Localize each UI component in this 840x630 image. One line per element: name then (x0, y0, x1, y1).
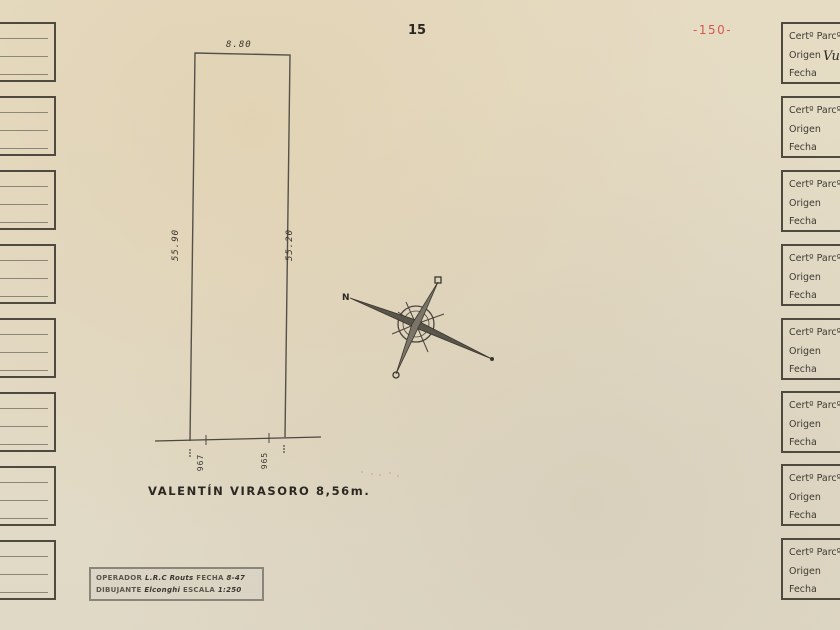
origen-row: Origen (789, 195, 840, 214)
cert-form-box: Certº Parcº Origen Fecha (781, 318, 840, 380)
fecha-value: 8-47 (227, 574, 246, 582)
compass-north-label: N (342, 293, 350, 303)
door-number-right: 965 (260, 452, 269, 469)
street-label: VALENTÍN VIRASORO 8,56m. (148, 484, 370, 498)
cert-form-box: Certº Parcº Origen Fecha (781, 244, 840, 306)
cert-form-box: Certº Parcº Origen Fecha (781, 464, 840, 526)
origen-row: Origen (789, 563, 840, 582)
top-width-dimension: 8.80 (226, 40, 252, 50)
cert-row: Certº Parcº (789, 544, 840, 563)
cert-row: Certº Parcº (789, 28, 840, 47)
cert-form-box: Certº Parcº Origen Fecha (781, 96, 840, 158)
cert-row: Certº Parcº (789, 176, 840, 195)
cert-form-box: Certº Parcº Origen Fecha (781, 538, 840, 600)
handwritten-signature: Vur (823, 48, 840, 66)
stamp-row-drafter: DIBUJANTE Elconghi ESCALA 1:250 (96, 584, 258, 596)
dibujante-label: DIBUJANTE (96, 586, 142, 594)
fecha-row: Fecha (789, 434, 840, 453)
origen-row: Origen (789, 489, 840, 508)
fecha-row: Fecha (789, 139, 840, 158)
dibujante-value: Elconghi (144, 586, 180, 594)
fecha-row: Fecha (789, 287, 840, 306)
cert-row: Certº Parcº (789, 250, 840, 269)
origen-row: OrigenVur (789, 47, 840, 66)
left-side-dimension: 55.90 (171, 229, 181, 261)
fecha-row: Fecha (789, 361, 840, 380)
fecha-row: Fecha (789, 507, 840, 526)
escala-value: 1:250 (218, 586, 242, 594)
operator-stamp: OPERADOR L.R.C Routs FECHA 8-47 DIBUJANT… (89, 567, 264, 601)
escala-label: ESCALA (183, 586, 215, 594)
cert-row: Certº Parcº (789, 397, 840, 416)
origen-row: Origen (789, 269, 840, 288)
right-side-dimension: 55.20 (285, 229, 295, 261)
cert-form-box: Certº Parcº OrigenVur Fecha (781, 22, 840, 84)
cert-row: Certº Parcº (789, 324, 840, 343)
fecha-row: Fecha (789, 581, 840, 600)
origen-row: Origen (789, 416, 840, 435)
fecha-row: Fecha (789, 65, 840, 84)
cert-form-box: Certº Parcº Origen Fecha (781, 170, 840, 232)
cert-row: Certº Parcº (789, 102, 840, 121)
fecha-row: Fecha (789, 213, 840, 232)
cert-row: Certº Parcº (789, 470, 840, 489)
stamp-row-operator: OPERADOR L.R.C Routs FECHA 8-47 (96, 572, 258, 584)
fecha-label: FECHA (196, 574, 223, 582)
cert-form-box: Certº Parcº Origen Fecha (781, 391, 840, 453)
origen-row: Origen (789, 343, 840, 362)
origen-row: Origen (789, 121, 840, 140)
operador-value: L.R.C Routs (145, 574, 194, 582)
operador-label: OPERADOR (96, 574, 142, 582)
door-number-left: 967 (196, 454, 205, 471)
compass-rose-icon: N (336, 272, 506, 382)
